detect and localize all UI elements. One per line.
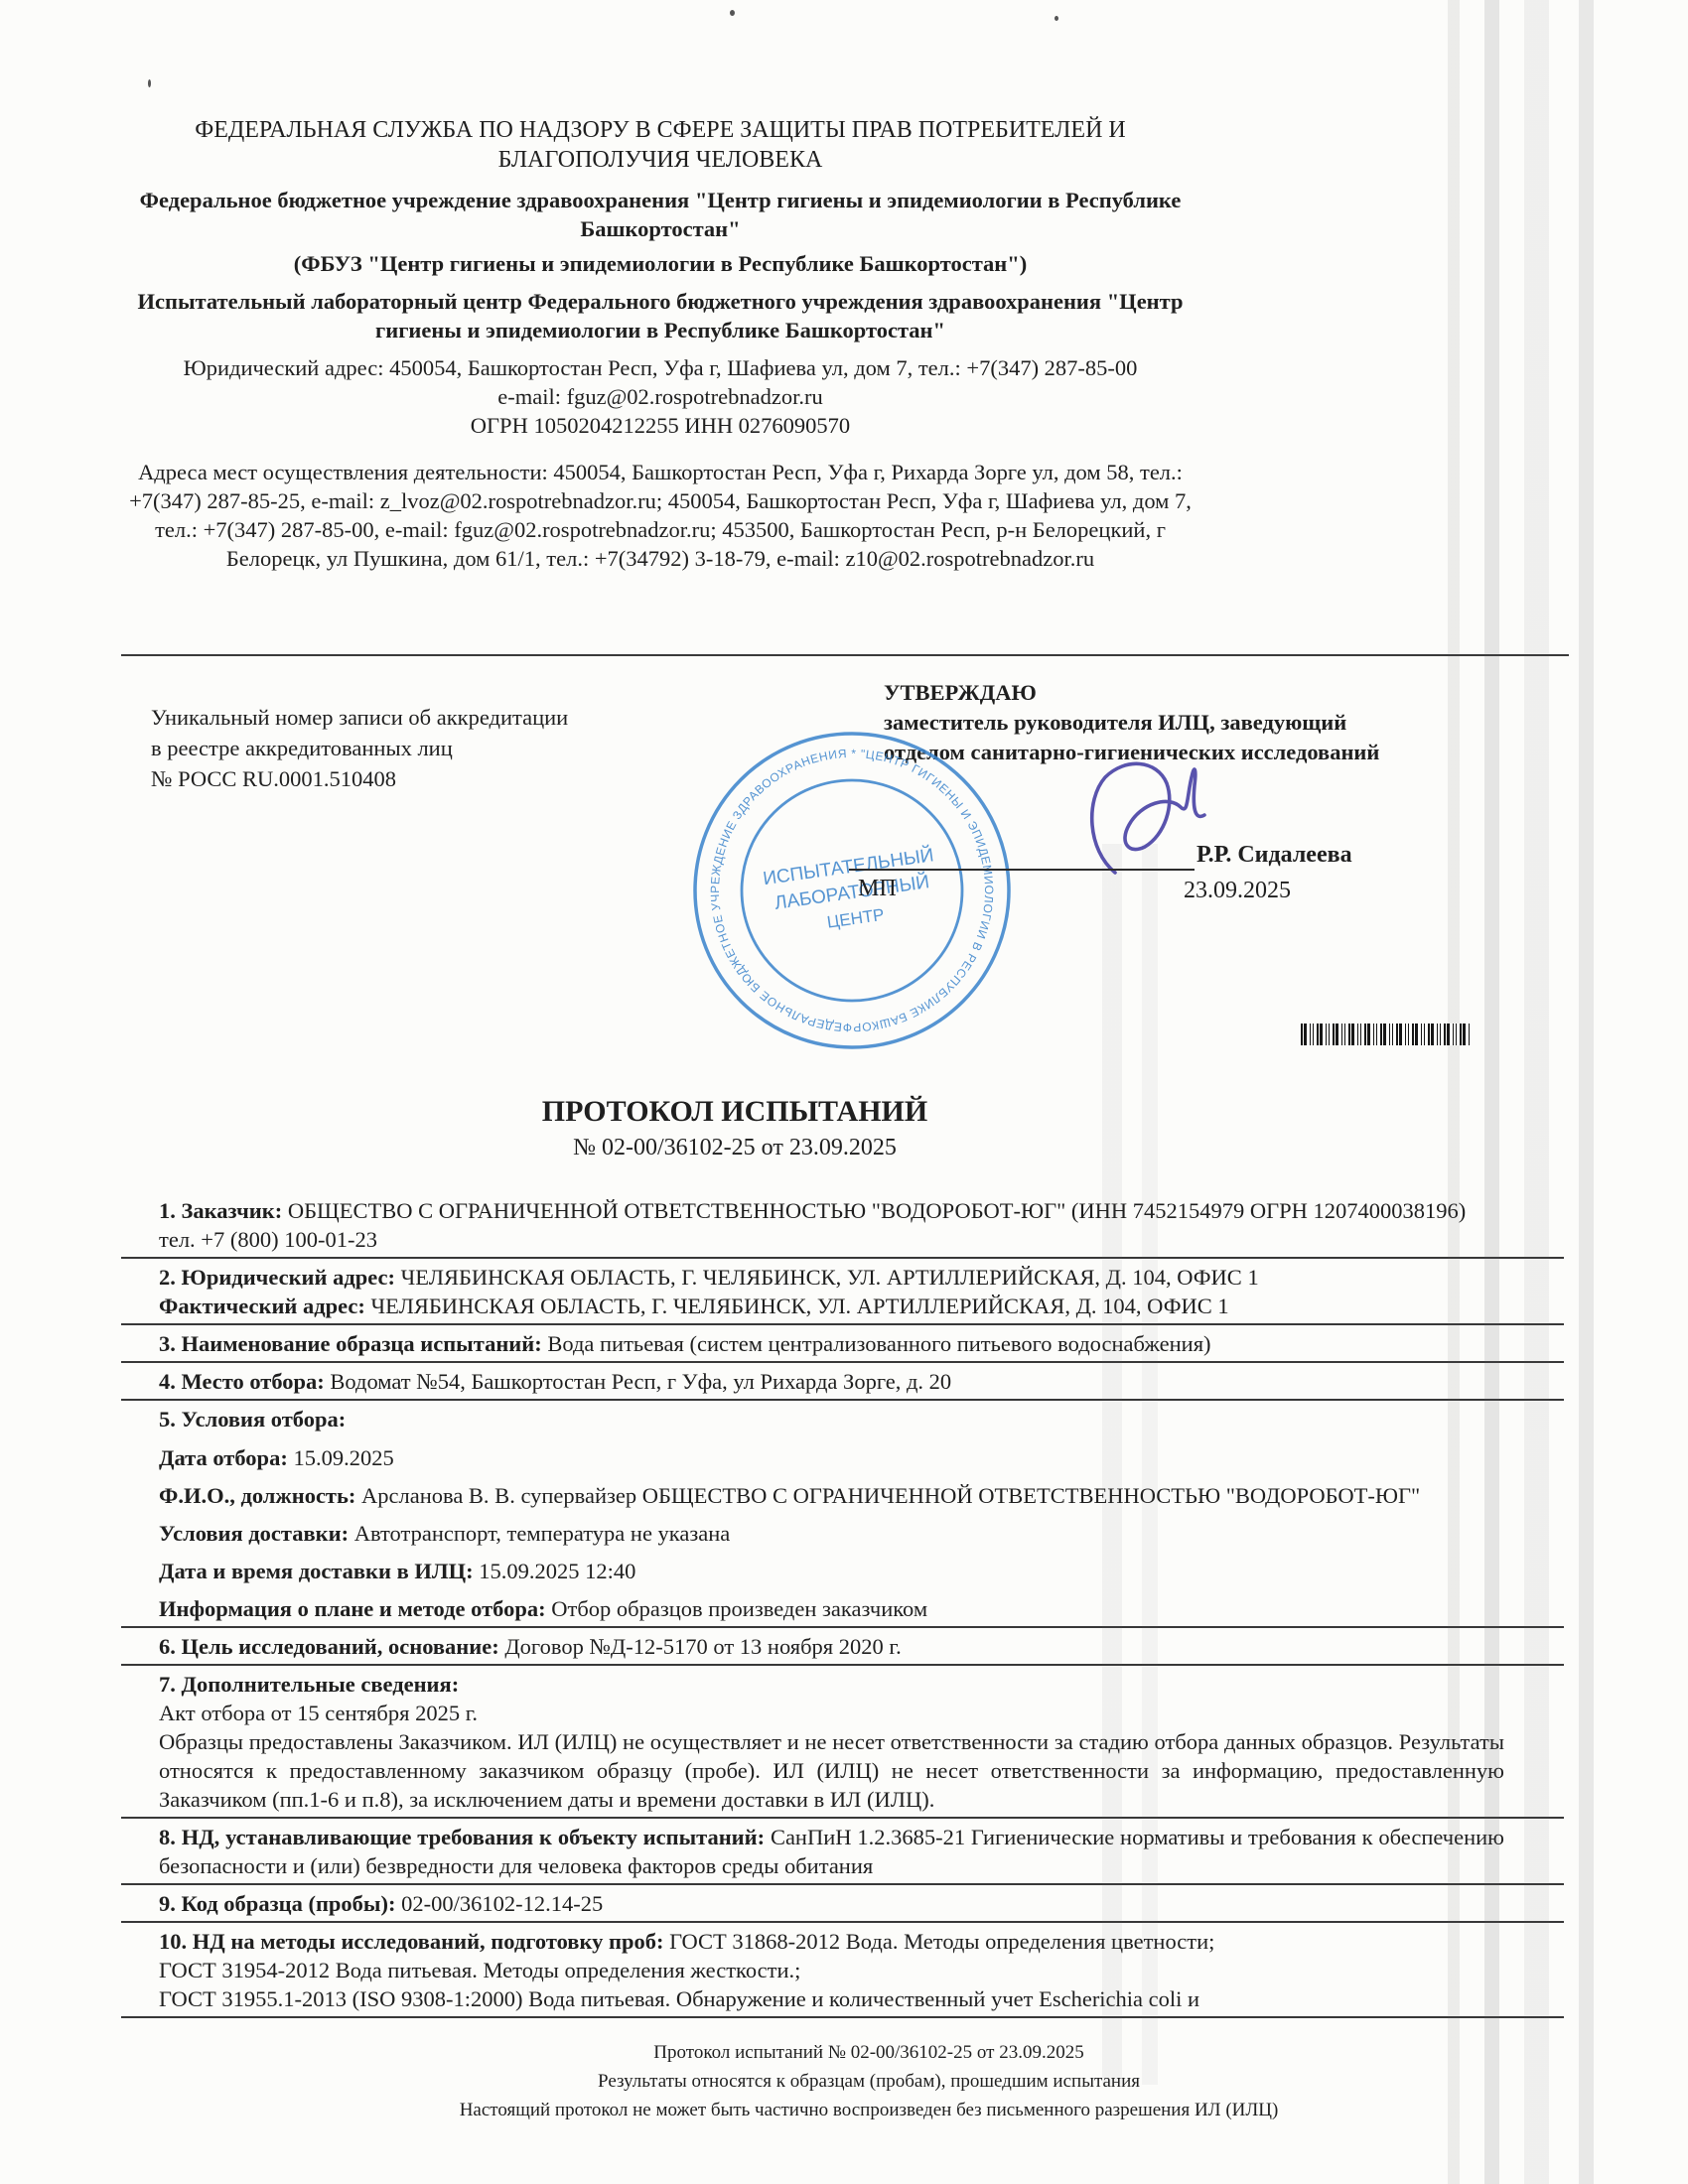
- accreditation-line2: в реестре аккредитованных лиц: [151, 733, 568, 763]
- sampling-place-label: 4. Место отбора:: [159, 1369, 325, 1394]
- protocol-document-page: ФЕДЕРАЛЬНАЯ СЛУЖБА ПО НАДЗОРУ В СФЕРЕ ЗА…: [0, 0, 1688, 2184]
- additional-info-paragraph: Образцы предоставлены Заказчиком. ИЛ (ИЛ…: [159, 1727, 1504, 1814]
- protocol-title-block: ПРОТОКОЛ ИСПЫТАНИЙ № 02-00/36102-25 от 2…: [119, 1093, 1350, 1164]
- approval-area: Уникальный номер записи об аккредитации …: [0, 656, 1688, 1083]
- section-customer-label: 1. Заказчик:: [159, 1198, 282, 1223]
- actual-address-value: ЧЕЛЯБИНСКАЯ ОБЛАСТЬ, Г. ЧЕЛЯБИНСК, УЛ. А…: [371, 1294, 1229, 1318]
- agency-name: ФЕДЕРАЛЬНАЯ СЛУЖБА ПО НАДЗОРУ В СФЕРЕ ЗА…: [124, 115, 1196, 175]
- organization-full-name: Федеральное бюджетное учреждение здравоо…: [124, 186, 1196, 243]
- protocol-title: ПРОТОКОЛ ИСПЫТАНИЙ: [119, 1093, 1350, 1131]
- sampling-conditions-label: 5. Условия отбора:: [159, 1405, 1504, 1433]
- protocol-number: № 02-00/36102-25 от 23.09.2025: [119, 1131, 1350, 1164]
- sample-name-value: Вода питьевая (систем централизованного …: [547, 1331, 1210, 1356]
- activity-addresses: Адреса мест осуществления деятельности: …: [124, 458, 1196, 573]
- section-methods-nd: 10. НД на методы исследований, подготовк…: [121, 1923, 1564, 2018]
- footer-reproduction-note: Настоящий протокол не может быть частичн…: [243, 2096, 1494, 2124]
- approval-date: 23.09.2025: [1184, 877, 1291, 905]
- footer-protocol-number: Протокол испытаний № 02-00/36102-25 от 2…: [243, 2038, 1494, 2067]
- section-sample-code: 9. Код образца (пробы): 02-00/36102-12.1…: [121, 1885, 1564, 1923]
- footer-results-note: Результаты относятся к образцам (пробам)…: [243, 2067, 1494, 2096]
- accreditation-line1: Уникальный номер записи об аккредитации: [151, 702, 568, 733]
- page-footer: Протокол испытаний № 02-00/36102-25 от 2…: [243, 2038, 1494, 2124]
- requirements-nd-label: 8. НД, устанавливающие требования к объе…: [159, 1825, 765, 1849]
- section-sample-name: 3. Наименование образца испытаний: Вода …: [121, 1325, 1564, 1363]
- accreditation-block: Уникальный номер записи об аккредитации …: [151, 702, 568, 794]
- section-customer-value: ОБЩЕСТВО С ОГРАНИЧЕННОЙ ОТВЕТСТВЕННОСТЬЮ…: [159, 1198, 1466, 1252]
- sampling-plan-label: Информация о плане и методе отбора:: [159, 1596, 546, 1621]
- protocol-sections: 1. Заказчик: ОБЩЕСТВО С ОГРАНИЧЕННОЙ ОТВ…: [121, 1192, 1564, 2018]
- delivery-datetime-value: 15.09.2025 12:40: [479, 1559, 635, 1583]
- purpose-label: 6. Цель исследований, основание:: [159, 1634, 499, 1659]
- scan-speck: [730, 10, 735, 16]
- scan-speck: [148, 79, 151, 87]
- legal-address-value: ЧЕЛЯБИНСКАЯ ОБЛАСТЬ, Г. ЧЕЛЯБИНСК, УЛ. А…: [401, 1265, 1259, 1290]
- section-customer: 1. Заказчик: ОБЩЕСТВО С ОГРАНИЧЕННОЙ ОТВ…: [121, 1192, 1564, 1259]
- delivery-conditions-label: Условия доставки:: [159, 1521, 349, 1546]
- round-stamp: ФЕДЕРАЛЬНОЕ БЮДЖЕТНОЕ УЧРЕЖДЕНИЕ ЗДРАВОО…: [683, 722, 1021, 1059]
- sample-code-value: 02-00/36102-12.14-25: [401, 1891, 603, 1916]
- approval-heading: УТВЕРЖДАЮ: [884, 678, 1379, 708]
- header-email: e-mail: fguz@02.rospotrebnadzor.ru: [124, 382, 1196, 411]
- accreditation-number: № РОСС RU.0001.510408: [151, 763, 568, 794]
- sampling-act-line: Акт отбора от 15 сентября 2025 г.: [159, 1699, 1504, 1727]
- sampling-place-value: Водомат №54, Башкортостан Респ, г Уфа, у…: [330, 1369, 951, 1394]
- sampler-fio-label: Ф.И.О., должность:: [159, 1483, 355, 1508]
- lab-center-name: Испытательный лабораторный центр Федерал…: [124, 287, 1196, 344]
- mp-label: МП: [858, 875, 897, 903]
- actual-address-label: Фактический адрес:: [159, 1294, 365, 1318]
- additional-info-label: 7. Дополнительные сведения:: [159, 1670, 1504, 1699]
- sampling-date-value: 15.09.2025: [293, 1445, 393, 1470]
- methods-nd-line3: ГОСТ 31955.1-2013 (ISO 9308-1:2000) Вода…: [159, 1984, 1504, 2013]
- sampler-fio-value: Арсланова В. В. супервайзер ОБЩЕСТВО С О…: [361, 1483, 1420, 1508]
- ogrn-inn: ОГРН 1050204212255 ИНН 0276090570: [124, 411, 1196, 440]
- section-requirements-nd: 8. НД, устанавливающие требования к объе…: [121, 1819, 1564, 1885]
- section-sampling-place: 4. Место отбора: Водомат №54, Башкортост…: [121, 1363, 1564, 1401]
- section-sampling-conditions: 5. Условия отбора: Дата отбора: 15.09.20…: [121, 1401, 1564, 1628]
- sampling-date-label: Дата отбора:: [159, 1445, 288, 1470]
- methods-nd-value: ГОСТ 31868-2012 Вода. Методы определения…: [669, 1929, 1214, 1954]
- sample-code-label: 9. Код образца (пробы):: [159, 1891, 395, 1916]
- signer-name: Р.Р. Сидалеева: [1196, 841, 1352, 870]
- section-addresses: 2. Юридический адрес: ЧЕЛЯБИНСКАЯ ОБЛАСТ…: [121, 1259, 1564, 1325]
- legal-address: Юридический адрес: 450054, Башкортостан …: [124, 353, 1196, 382]
- sampling-plan-value: Отбор образцов произведен заказчиком: [551, 1596, 927, 1621]
- organization-short-name: (ФБУЗ "Центр гигиены и эпидемиологии в Р…: [124, 249, 1196, 278]
- signature-line: [849, 869, 1195, 871]
- barcode: [1301, 1024, 1472, 1045]
- purpose-value: Договор №Д-12-5170 от 13 ноября 2020 г.: [504, 1634, 901, 1659]
- section-purpose: 6. Цель исследований, основание: Договор…: [121, 1628, 1564, 1666]
- document-header: ФЕДЕРАЛЬНАЯ СЛУЖБА ПО НАДЗОРУ В СФЕРЕ ЗА…: [124, 115, 1196, 573]
- delivery-conditions-value: Автотранспорт, температура не указана: [354, 1521, 731, 1546]
- sample-name-label: 3. Наименование образца испытаний:: [159, 1331, 542, 1356]
- scan-speck: [1055, 16, 1058, 21]
- section-additional-info: 7. Дополнительные сведения: Акт отбора о…: [121, 1666, 1564, 1819]
- stamp-center-line3: ЦЕНТР: [826, 905, 886, 932]
- delivery-datetime-label: Дата и время доставки в ИЛЦ:: [159, 1559, 474, 1583]
- methods-nd-line2: ГОСТ 31954-2012 Вода питьевая. Методы оп…: [159, 1956, 1504, 1984]
- methods-nd-label: 10. НД на методы исследований, подготовк…: [159, 1929, 663, 1954]
- legal-address-label: 2. Юридический адрес:: [159, 1265, 395, 1290]
